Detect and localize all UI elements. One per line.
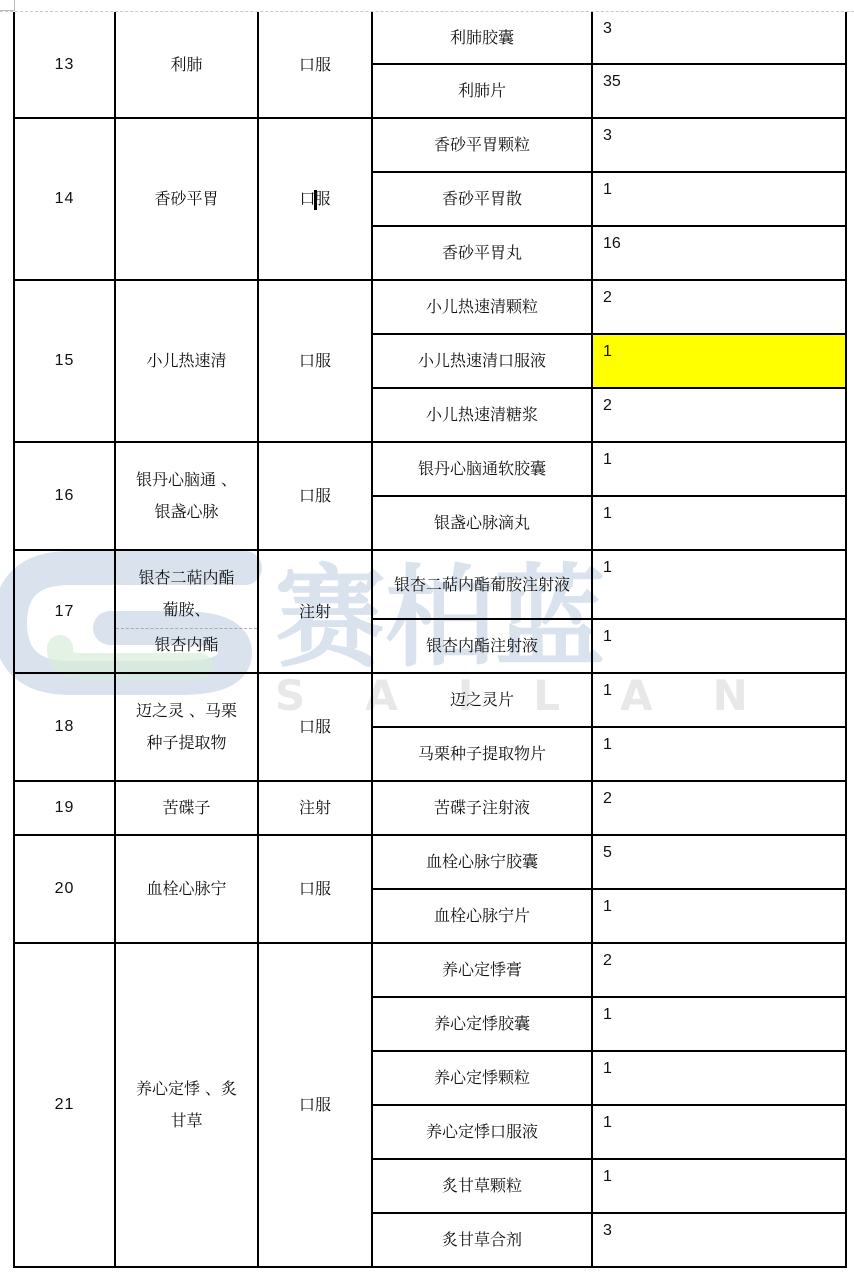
generic-name: 迈之灵 、马栗种子提取物: [115, 673, 258, 781]
generic-name: 养心定悸 、炙甘草: [115, 943, 258, 1267]
table-row: 13利肺口服利肺胶囊3: [14, 12, 846, 64]
page-top-margin-dashed-line: [0, 0, 854, 12]
product-count-highlighted[interactable]: 1: [592, 334, 846, 388]
page-corner-marker: [0, 0, 15, 11]
route-label: 口服: [299, 189, 330, 208]
product-name: 苦碟子注射液: [372, 781, 592, 835]
product-count[interactable]: 1: [592, 673, 846, 727]
product-name: 银杏内酯注射液: [372, 619, 592, 673]
generic-name-line: 小儿热速清: [116, 345, 257, 377]
group-number: 14: [14, 118, 115, 280]
generic-name-line: 迈之灵 、马栗: [116, 695, 257, 727]
product-name: 养心定悸颗粒: [372, 1051, 592, 1105]
product-name: 养心定悸膏: [372, 943, 592, 997]
administration-route: 注射: [258, 550, 372, 673]
product-count[interactable]: 1: [592, 1159, 846, 1213]
administration-route: 注射: [258, 781, 372, 835]
product-count[interactable]: 1: [592, 1051, 846, 1105]
table-row: 16银丹心脑通 、银盏心脉口服银丹心脑通软胶囊1: [14, 442, 846, 496]
generic-name-line: 银杏二萜内酯: [116, 562, 257, 594]
product-count[interactable]: 2: [592, 388, 846, 442]
generic-name-line: 养心定悸 、炙: [116, 1073, 257, 1105]
administration-route: 口服: [258, 118, 372, 280]
group-number: 16: [14, 442, 115, 550]
route-label: 口服: [299, 55, 331, 74]
group-number: 17: [14, 550, 115, 673]
product-name: 香砂平胃丸: [372, 226, 592, 280]
product-name: 香砂平胃散: [372, 172, 592, 226]
administration-route: 口服: [258, 835, 372, 943]
generic-name: 血栓心脉宁: [115, 835, 258, 943]
product-count[interactable]: 1: [592, 172, 846, 226]
route-label: 口服: [299, 879, 331, 898]
product-name: 养心定悸胶囊: [372, 997, 592, 1051]
generic-name-line: 种子提取物: [116, 727, 257, 759]
product-name: 血栓心脉宁片: [372, 889, 592, 943]
administration-route: 口服: [258, 943, 372, 1267]
group-number: 13: [14, 12, 115, 118]
generic-name-line: 香砂平胃: [116, 183, 257, 215]
generic-name: 香砂平胃: [115, 118, 258, 280]
administration-route: 口服: [258, 12, 372, 118]
product-count[interactable]: 3: [592, 118, 846, 172]
product-count[interactable]: 35: [592, 64, 846, 118]
table-row: 20血栓心脉宁口服血栓心脉宁胶囊5: [14, 835, 846, 889]
product-name: 银盏心脉滴丸: [372, 496, 592, 550]
table-row: 14香砂平胃口服香砂平胃颗粒3: [14, 118, 846, 172]
product-name: 银杏二萜内酯葡胺注射液: [372, 550, 592, 619]
product-count[interactable]: 1: [592, 1105, 846, 1159]
product-name: 炙甘草合剂: [372, 1213, 592, 1267]
product-name: 炙甘草颗粒: [372, 1159, 592, 1213]
route-label: 口服: [299, 351, 331, 370]
route-label: 注射: [299, 602, 331, 621]
product-count[interactable]: 1: [592, 550, 846, 619]
generic-name-line: 葡胺、: [116, 594, 257, 629]
table-row: 18迈之灵 、马栗种子提取物口服迈之灵片1: [14, 673, 846, 727]
table-row: 21养心定悸 、炙甘草口服养心定悸膏2: [14, 943, 846, 997]
administration-route: 口服: [258, 280, 372, 442]
product-name: 迈之灵片: [372, 673, 592, 727]
route-label: 口服: [299, 1095, 331, 1114]
product-count[interactable]: 3: [592, 1213, 846, 1267]
administration-route: 口服: [258, 442, 372, 550]
product-count[interactable]: 2: [592, 280, 846, 334]
product-count[interactable]: 1: [592, 727, 846, 781]
table-row: 19苦碟子注射苦碟子注射液2: [14, 781, 846, 835]
product-name: 利肺胶囊: [372, 12, 592, 64]
generic-name: 小儿热速清: [115, 280, 258, 442]
table-row: 15小儿热速清口服小儿热速清颗粒2: [14, 280, 846, 334]
generic-name-line: 血栓心脉宁: [116, 873, 257, 905]
drug-table: 13利肺口服利肺胶囊3利肺片3514香砂平胃口服香砂平胃颗粒3香砂平胃散1香砂平…: [13, 12, 847, 1268]
product-name: 小儿热速清颗粒: [372, 280, 592, 334]
product-name: 马栗种子提取物片: [372, 727, 592, 781]
generic-name: 苦碟子: [115, 781, 258, 835]
product-count[interactable]: 2: [592, 943, 846, 997]
generic-name-line: 利肺: [116, 49, 257, 81]
generic-name: 银杏二萜内酯葡胺、银杏内酯: [115, 550, 258, 673]
generic-name-line: 苦碟子: [116, 792, 257, 824]
product-name: 香砂平胃颗粒: [372, 118, 592, 172]
product-name: 小儿热速清糖浆: [372, 388, 592, 442]
administration-route: 口服: [258, 673, 372, 781]
product-count[interactable]: 2: [592, 781, 846, 835]
generic-name: 利肺: [115, 12, 258, 118]
product-name: 利肺片: [372, 64, 592, 118]
generic-name-line: 银杏内酯: [116, 629, 257, 661]
group-number: 20: [14, 835, 115, 943]
table-row: 17银杏二萜内酯葡胺、银杏内酯注射银杏二萜内酯葡胺注射液1: [14, 550, 846, 619]
product-name: 养心定悸口服液: [372, 1105, 592, 1159]
product-name: 小儿热速清口服液: [372, 334, 592, 388]
group-number: 19: [14, 781, 115, 835]
product-count[interactable]: 1: [592, 997, 846, 1051]
route-label: 注射: [299, 798, 331, 817]
group-number: 18: [14, 673, 115, 781]
product-count[interactable]: 1: [592, 889, 846, 943]
route-label: 口服: [299, 717, 331, 736]
generic-name-line: 银丹心脑通 、: [116, 464, 257, 496]
product-name: 银丹心脑通软胶囊: [372, 442, 592, 496]
product-count[interactable]: 1: [592, 442, 846, 496]
group-number: 15: [14, 280, 115, 442]
generic-name-line: 银盏心脉: [116, 496, 257, 528]
product-count[interactable]: 1: [592, 619, 846, 673]
product-count[interactable]: 1: [592, 496, 846, 550]
group-number: 21: [14, 943, 115, 1267]
route-label: 口服: [299, 486, 331, 505]
generic-name-line: 甘草: [116, 1105, 257, 1137]
product-name: 血栓心脉宁胶囊: [372, 835, 592, 889]
product-count[interactable]: 16: [592, 226, 846, 280]
generic-name: 银丹心脑通 、银盏心脉: [115, 442, 258, 550]
product-count[interactable]: 5: [592, 835, 846, 889]
product-count[interactable]: 3: [592, 12, 846, 64]
